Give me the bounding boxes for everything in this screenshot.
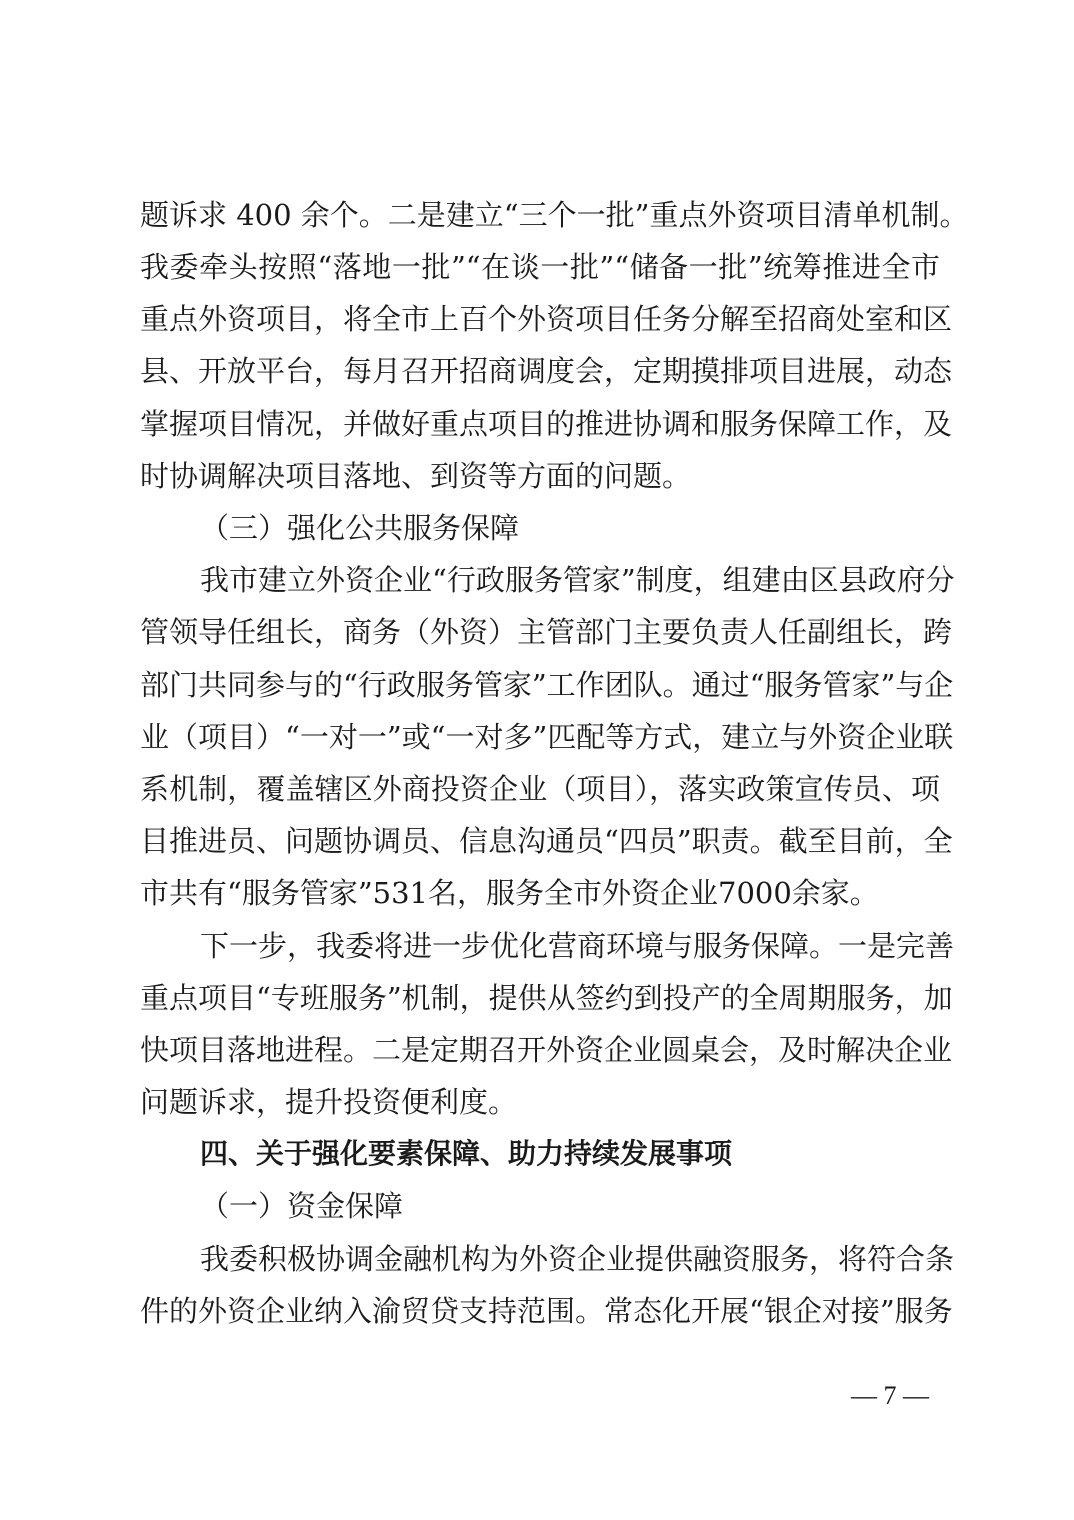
body-line: 重点项目“专班服务”机制，提供从签约到投产的全周期服务，加 xyxy=(140,972,940,1024)
section-heading: 四、关于强化要素保障、助力持续发展事项 xyxy=(200,1128,940,1180)
body-line: 部门共同参与的“行政服务管家”工作团队。通过“服务管家”与企 xyxy=(140,659,940,711)
body-line: 目推进员、问题协调员、信息沟通员“四员”职责。截至目前，全 xyxy=(140,815,940,867)
body-line: 系机制，覆盖辖区外商投资企业（项目），落实政策宣传员、项 xyxy=(140,763,940,815)
body-line: 市共有“服务管家”531名，服务全市外资企业7000余家。 xyxy=(140,867,940,919)
body-line: 县、开放平台，每月召开招商调度会，定期摸排项目进展，动态 xyxy=(140,345,940,397)
section-subheading: （三）强化公共服务保障 xyxy=(200,502,940,554)
body-line: 快项目落地进程。二是定期召开外资企业圆桌会，及时解决企业 xyxy=(140,1024,940,1076)
paragraph-start-line: 我委积极协调金融机构为外资企业提供融资服务，将符合条 xyxy=(200,1233,940,1285)
body-line: 掌握项目情况，并做好重点项目的推进协调和服务保障工作，及 xyxy=(140,398,940,450)
body-line: 业（项目）“一对一”或“一对多”匹配等方式，建立与外资企业联 xyxy=(140,711,940,763)
body-line: 件的外资企业纳入渝贸贷支持范围。常态化开展“银企对接”服务 xyxy=(140,1285,940,1337)
body-line: 问题诉求，提升投资便利度。 xyxy=(140,1076,940,1128)
page-number: — 7 — xyxy=(840,1376,940,1416)
body-line: 重点外资项目，将全市上百个外资项目任务分解至招商处室和区 xyxy=(140,293,940,345)
paragraph-start-line: 我市建立外资企业“行政服务管家”制度，组建由区县政府分 xyxy=(200,554,940,606)
paragraph-start-line: 下一步，我委将进一步优化营商环境与服务保障。一是完善 xyxy=(200,920,940,972)
body-line: 时协调解决项目落地、到资等方面的问题。 xyxy=(140,450,940,502)
body-line: 题诉求 400 余个。二是建立“三个一批”重点外资项目清单机制。 xyxy=(140,189,940,241)
section-subheading: （一）资金保障 xyxy=(200,1180,940,1232)
document-page: 题诉求 400 余个。二是建立“三个一批”重点外资项目清单机制。 我委牵头按照“… xyxy=(0,0,1074,1520)
body-line: 管领导任组长，商务（外资）主管部门主要负责人任副组长，跨 xyxy=(140,606,940,658)
body-line: 我委牵头按照“落地一批”“在谈一批”“储备一批”统筹推进全市 xyxy=(140,241,940,293)
